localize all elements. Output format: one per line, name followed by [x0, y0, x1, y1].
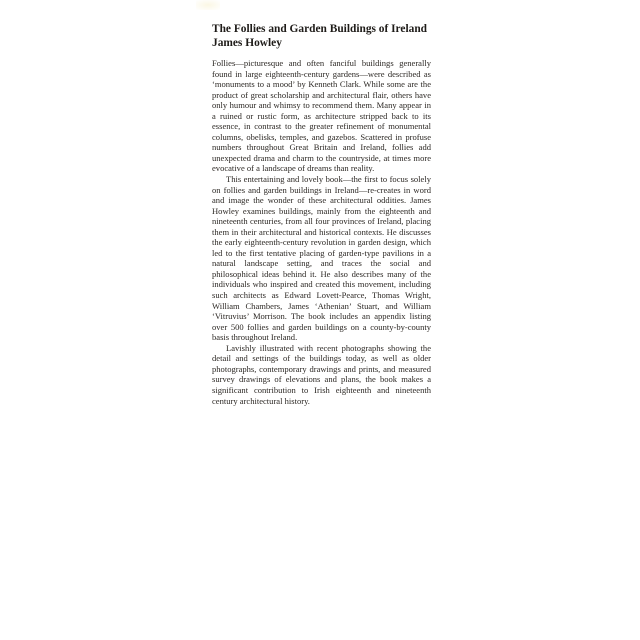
blurb-column: The Follies and Garden Buildings of Irel…	[212, 22, 431, 406]
book-title: The Follies and Garden Buildings of Irel…	[212, 22, 431, 36]
blurb-paragraph-1: Follies—picturesque and often fanciful b…	[212, 58, 431, 174]
book-author: James Howley	[212, 36, 431, 50]
blurb-paragraph-2: This entertaining and lovely book—the fi…	[212, 174, 431, 343]
blurb-paragraph-3: Lavishly illustrated with recent photogr…	[212, 343, 431, 406]
paper-tint	[196, 0, 220, 10]
